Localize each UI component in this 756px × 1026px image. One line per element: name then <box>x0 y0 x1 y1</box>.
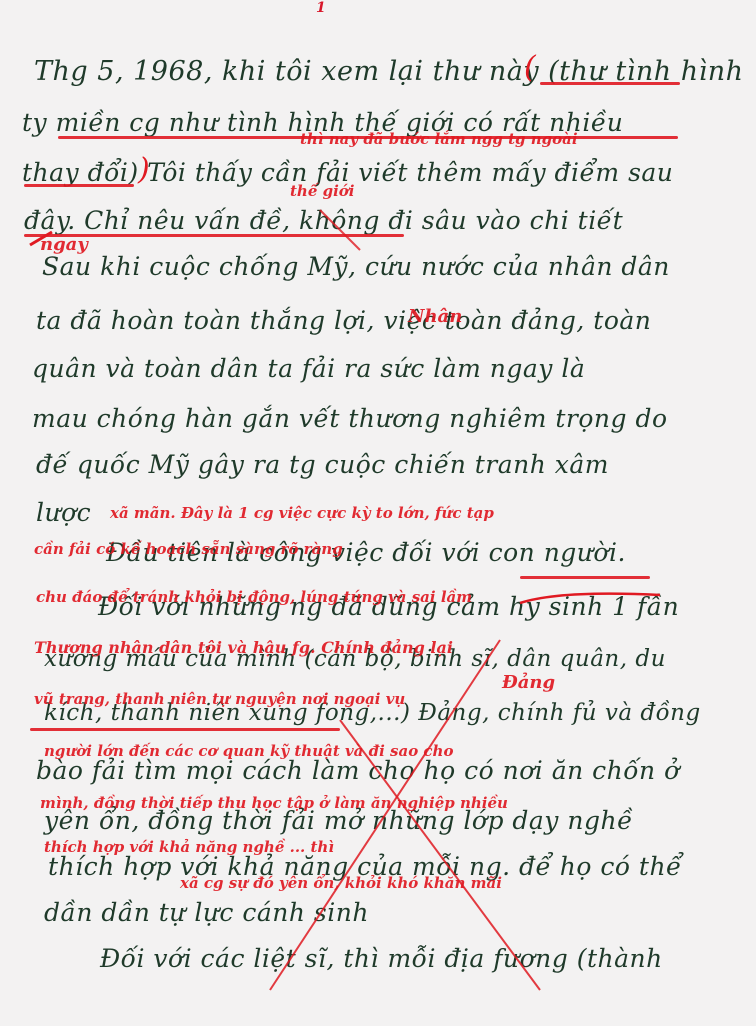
manuscript-page: 1 Thg 5, 1968, khi tôi xem lại thư này (… <box>0 0 756 1026</box>
red-cross-out-mark <box>0 0 756 1026</box>
